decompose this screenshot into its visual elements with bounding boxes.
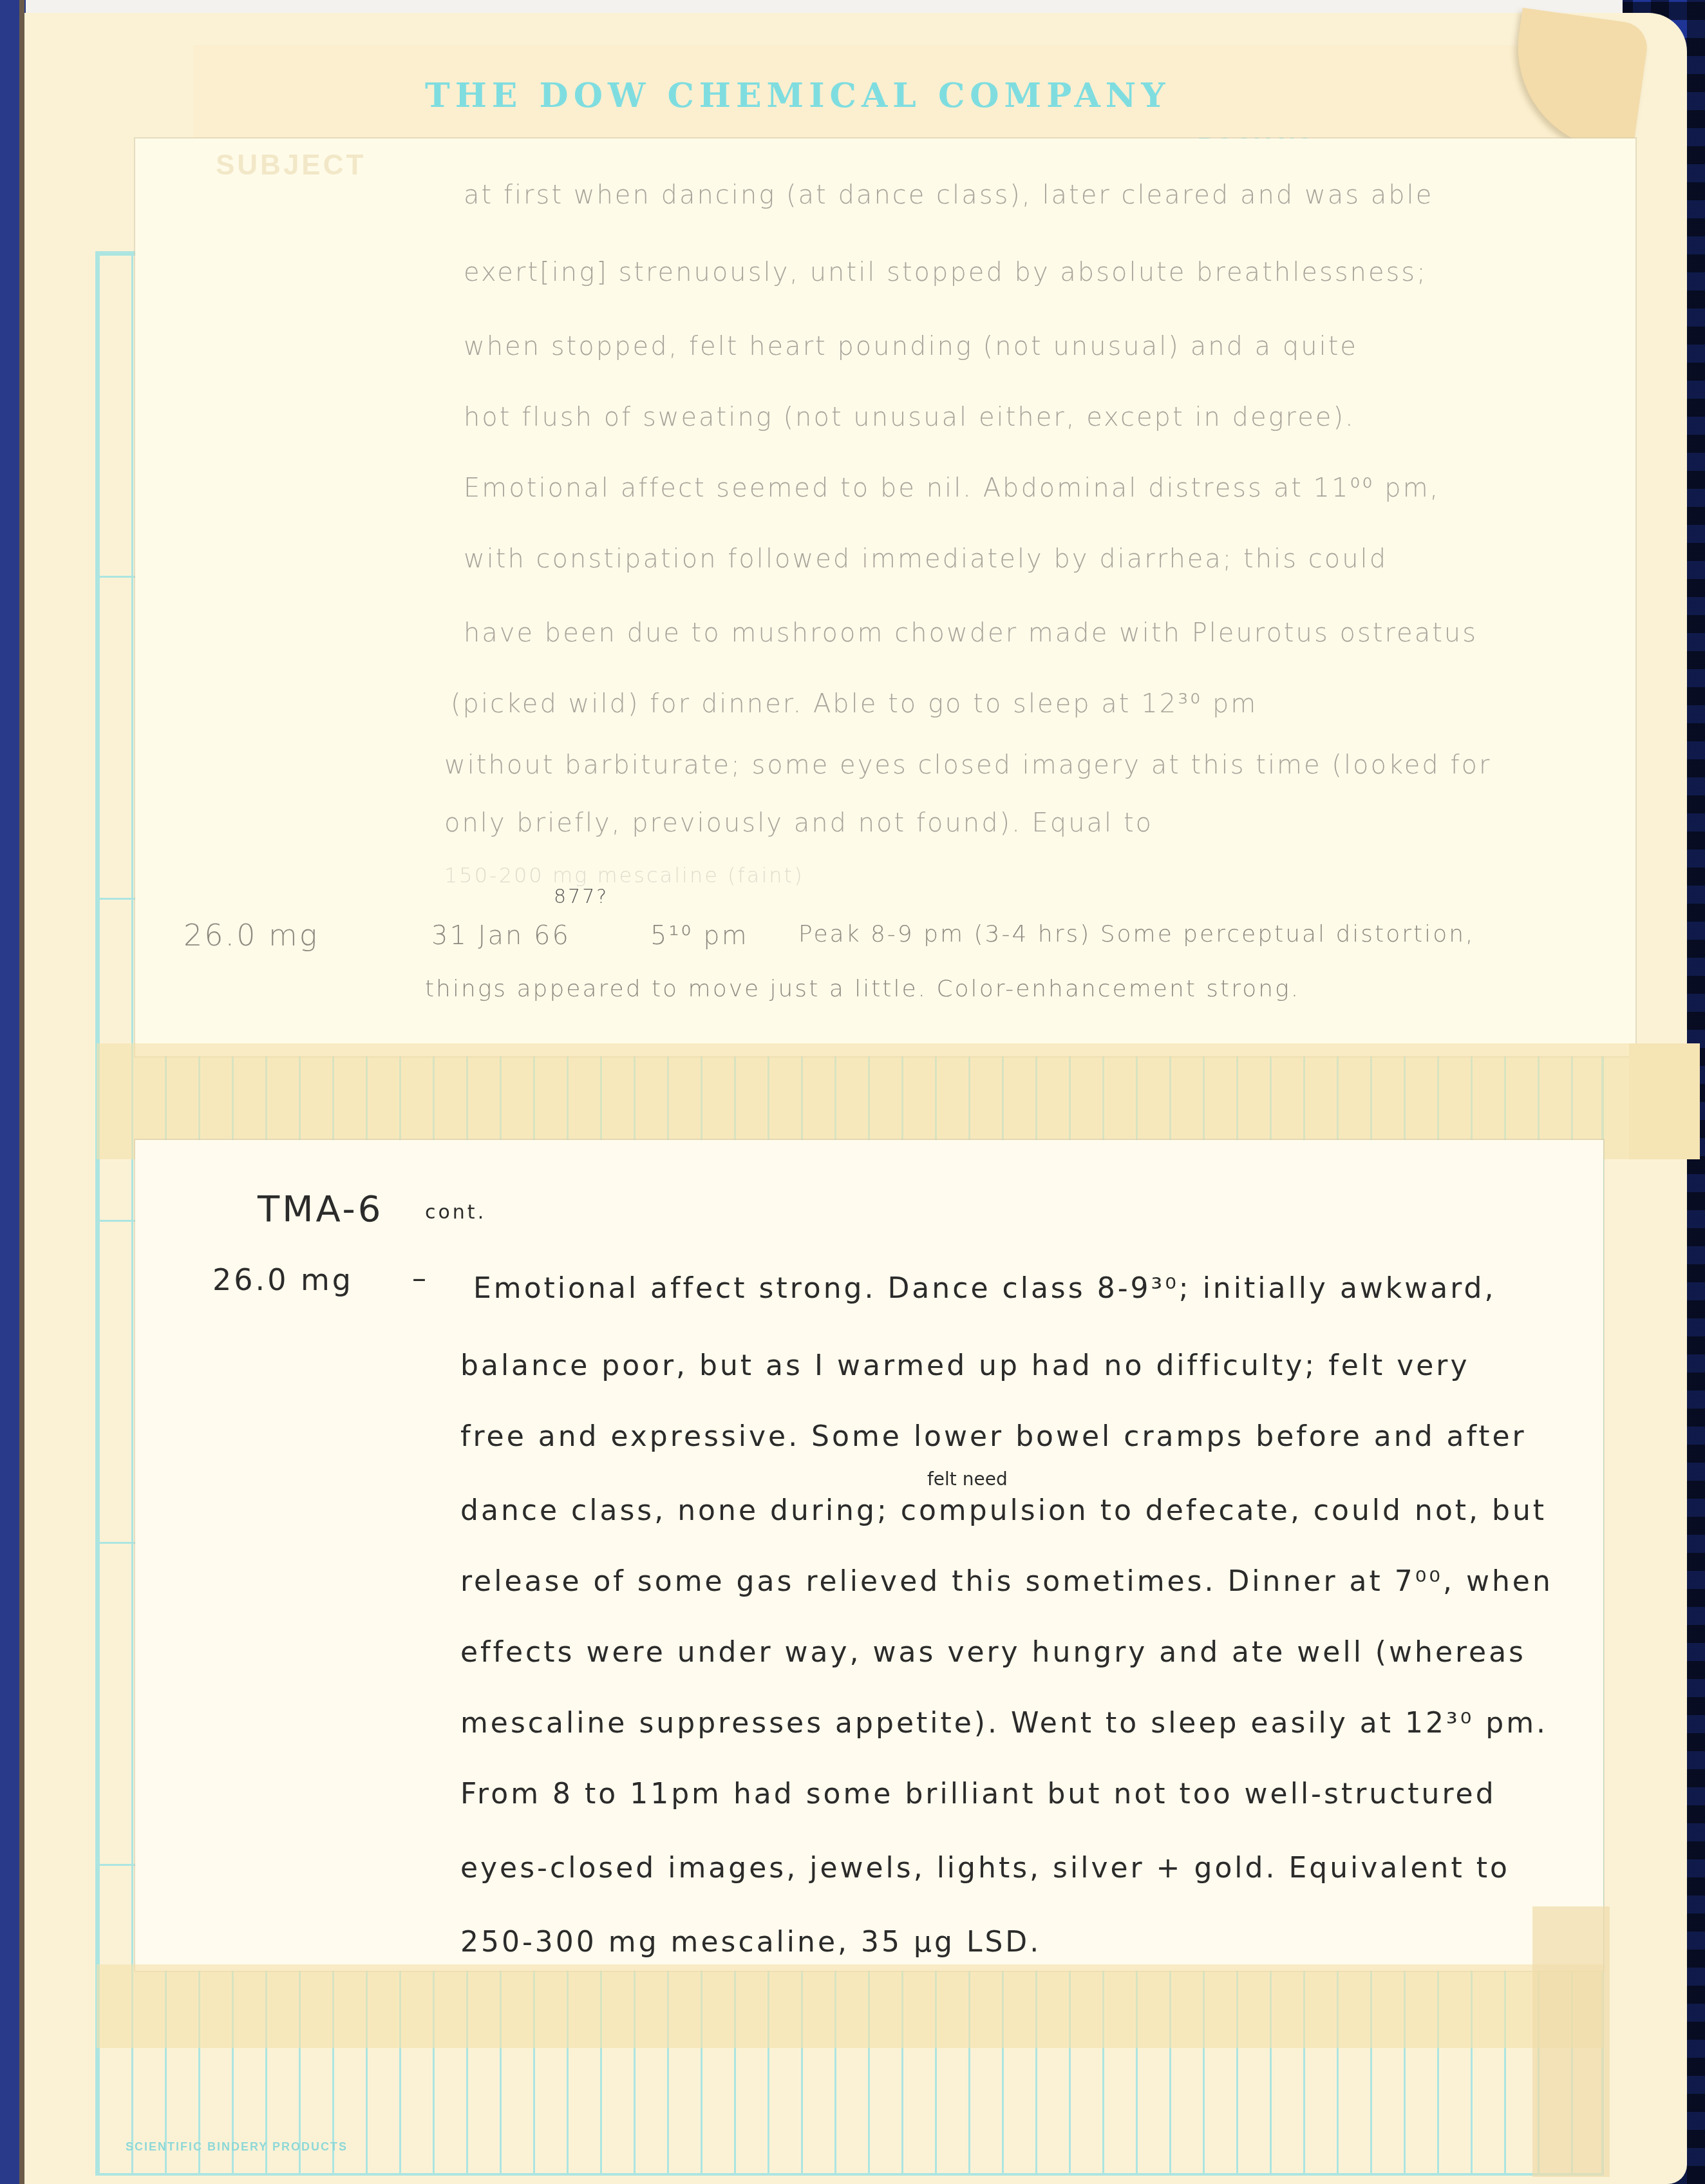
lower-line-5: release of some gas relieved this someti… [460, 1565, 1553, 1598]
upper-line-9: without barbiturate; some eyes closed im… [444, 750, 1491, 780]
upper-line-8: (picked wild) for dinner. Able to go to … [451, 689, 1258, 719]
notebook-spine [19, 0, 24, 2184]
lower-dose: 26.0 mg [212, 1262, 353, 1297]
tape-tab-right-bottom [1532, 1906, 1610, 2177]
upper-line-7: have been due to mushroom chowder made w… [464, 618, 1478, 648]
lower-dash: – [412, 1262, 429, 1295]
upper-line-11-hidden: 150-200 mg mescaline (faint) [444, 863, 804, 888]
upper-line-4: hot flush of sweating (not unusual eithe… [464, 403, 1355, 432]
upper-entry-line-1: Peak 8-9 pm (3-4 hrs) Some perceptual di… [798, 921, 1474, 947]
upper-entry-time: 5¹⁰ pm [650, 921, 749, 951]
upper-line-6: with constipation followed immediately b… [464, 544, 1388, 574]
tape-tab-right [1629, 1043, 1700, 1159]
subject-label: SUBJECT [216, 149, 366, 182]
upper-line-10: only briefly, previously and not found).… [444, 808, 1153, 838]
lower-line-2: balance poor, but as I warmed up had no … [460, 1349, 1469, 1382]
lower-line-6: effects were under way, was very hungry … [460, 1636, 1526, 1669]
upper-entry-dose: 26.0 mg [184, 918, 319, 953]
bindery-brand: SCIENTIFIC BINDERY PRODUCTS [126, 2140, 348, 2154]
upper-line-3: when stopped, felt heart pounding (not u… [464, 332, 1358, 361]
lower-line-10: 250-300 mg mescaline, 35 μg LSD. [460, 1926, 1041, 1959]
lower-title: TMA-6 [258, 1188, 383, 1230]
lower-line-8: From 8 to 11pm had some brilliant but no… [460, 1778, 1496, 1810]
company-header: THE DOW CHEMICAL COMPANY [425, 76, 1170, 115]
lower-line-1: Emotional affect strong. Dance class 8-9… [473, 1272, 1496, 1305]
upper-line-1: at first when dancing (at dance class), … [464, 180, 1433, 210]
upper-line-5: Emotional affect seemed to be nil. Abdom… [464, 473, 1440, 503]
upper-entry-annotation: 877? [554, 886, 608, 908]
upper-line-2: exert[ing] strenuously, until stopped by… [464, 258, 1427, 287]
upper-entry-date: 31 Jan 66 [431, 921, 570, 951]
upper-entry-line-2: things appeared to move just a little. C… [425, 976, 1300, 1002]
tape-strip-bottom [97, 1964, 1603, 2048]
lower-line-4: dance class, none during; compulsion to … [460, 1494, 1547, 1527]
lower-insertion: felt need [927, 1468, 1008, 1490]
lower-note-slip [135, 1140, 1603, 1971]
lower-line-3: free and expressive. Some lower bowel cr… [460, 1420, 1527, 1453]
lower-title-suffix: cont. [425, 1201, 486, 1224]
lower-line-9: eyes-closed images, jewels, lights, silv… [460, 1852, 1510, 1885]
lower-line-7: mescaline suppresses appetite). Went to … [460, 1707, 1548, 1740]
